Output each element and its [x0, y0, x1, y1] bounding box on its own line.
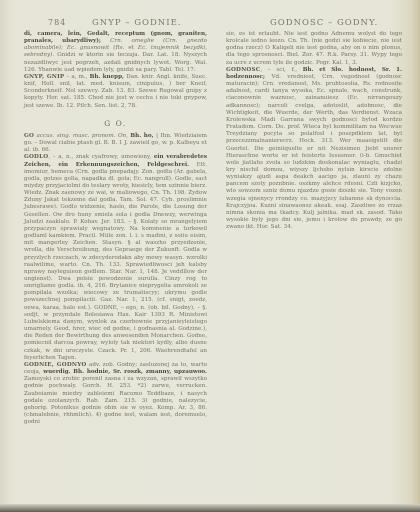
right-column: sie, es ist erlaubt. Nie iest godno Adne… — [226, 31, 402, 231]
entry-grammar: , – a, n., znak cyafrowy, umowiony, — [48, 154, 154, 160]
left-guide-words: GNYP – GODNIE. — [92, 18, 182, 28]
headword: GODNOSC — [226, 67, 260, 73]
left-column: di, camera, lein, Gedalt, receptum (gnom… — [24, 31, 207, 426]
entry-grammar: , – sci, f., — [260, 67, 302, 73]
entry-grammar: accus. sing. masc. pronom. On, — [34, 133, 130, 139]
entry-bold: wuerdig. Bh. hodnie, Sr. roszk, zmanny, … — [43, 369, 207, 375]
dictionary-entry-godnie: GODNIE, GODNYO adv. zob. Godny; zasluzon… — [24, 362, 207, 426]
headword: GODNIE, GODNYO — [24, 362, 86, 368]
headword: GODLO — [24, 154, 48, 160]
section-heading: G O. — [24, 120, 207, 127]
entry-bold: Bh. knepp, — [90, 74, 127, 80]
continuation-text: di, camera, lein, Gedalt, receptum (gnom… — [24, 31, 207, 74]
entry-grammar: – a, m., — [64, 74, 89, 80]
entry-bold: Bh. ho, — [130, 133, 156, 139]
right-guide-words: GODNOSC – GODNY. — [270, 18, 378, 28]
dictionary-entry-godnosc: GODNOSC, – sci, f., Bh. et Slo. hodnost,… — [226, 67, 402, 232]
headword: GO — [24, 133, 34, 139]
dictionary-entry-godlo: GODLO, – a, n., znak cyafrowy, umowiony,… — [24, 154, 207, 362]
dictionary-entry-go: GO accus. sing. masc. pronom. On, Bh. ho… — [24, 133, 207, 154]
scanned-page: 784 GNYP – GODNIE. GODNOSC – GODNY. di, … — [0, 0, 420, 512]
page-bottom-edge — [0, 504, 420, 512]
page-number: 784 — [48, 18, 66, 27]
headword: GNYP, GNIP — [24, 74, 64, 80]
dictionary-entry-gnyp: GNYP, GNIP – a, m., Bh. knepp, Dan. knir… — [24, 74, 207, 110]
entry-body: Vd. vredniost, Crn. vegodnost (godnosc m… — [226, 74, 402, 230]
entry-body: Zamoyski co zrobic porenil zasna i za wz… — [24, 376, 207, 425]
running-header: 784 GNYP – GODNIE. GODNOSC – GODNY. — [0, 18, 420, 32]
continuation-text: sie, es ist erlaubt. Nie iest godno Adne… — [226, 31, 402, 67]
entry-body: Ett. imomiur, hemeca (Crn. godla pnepada… — [24, 162, 207, 361]
